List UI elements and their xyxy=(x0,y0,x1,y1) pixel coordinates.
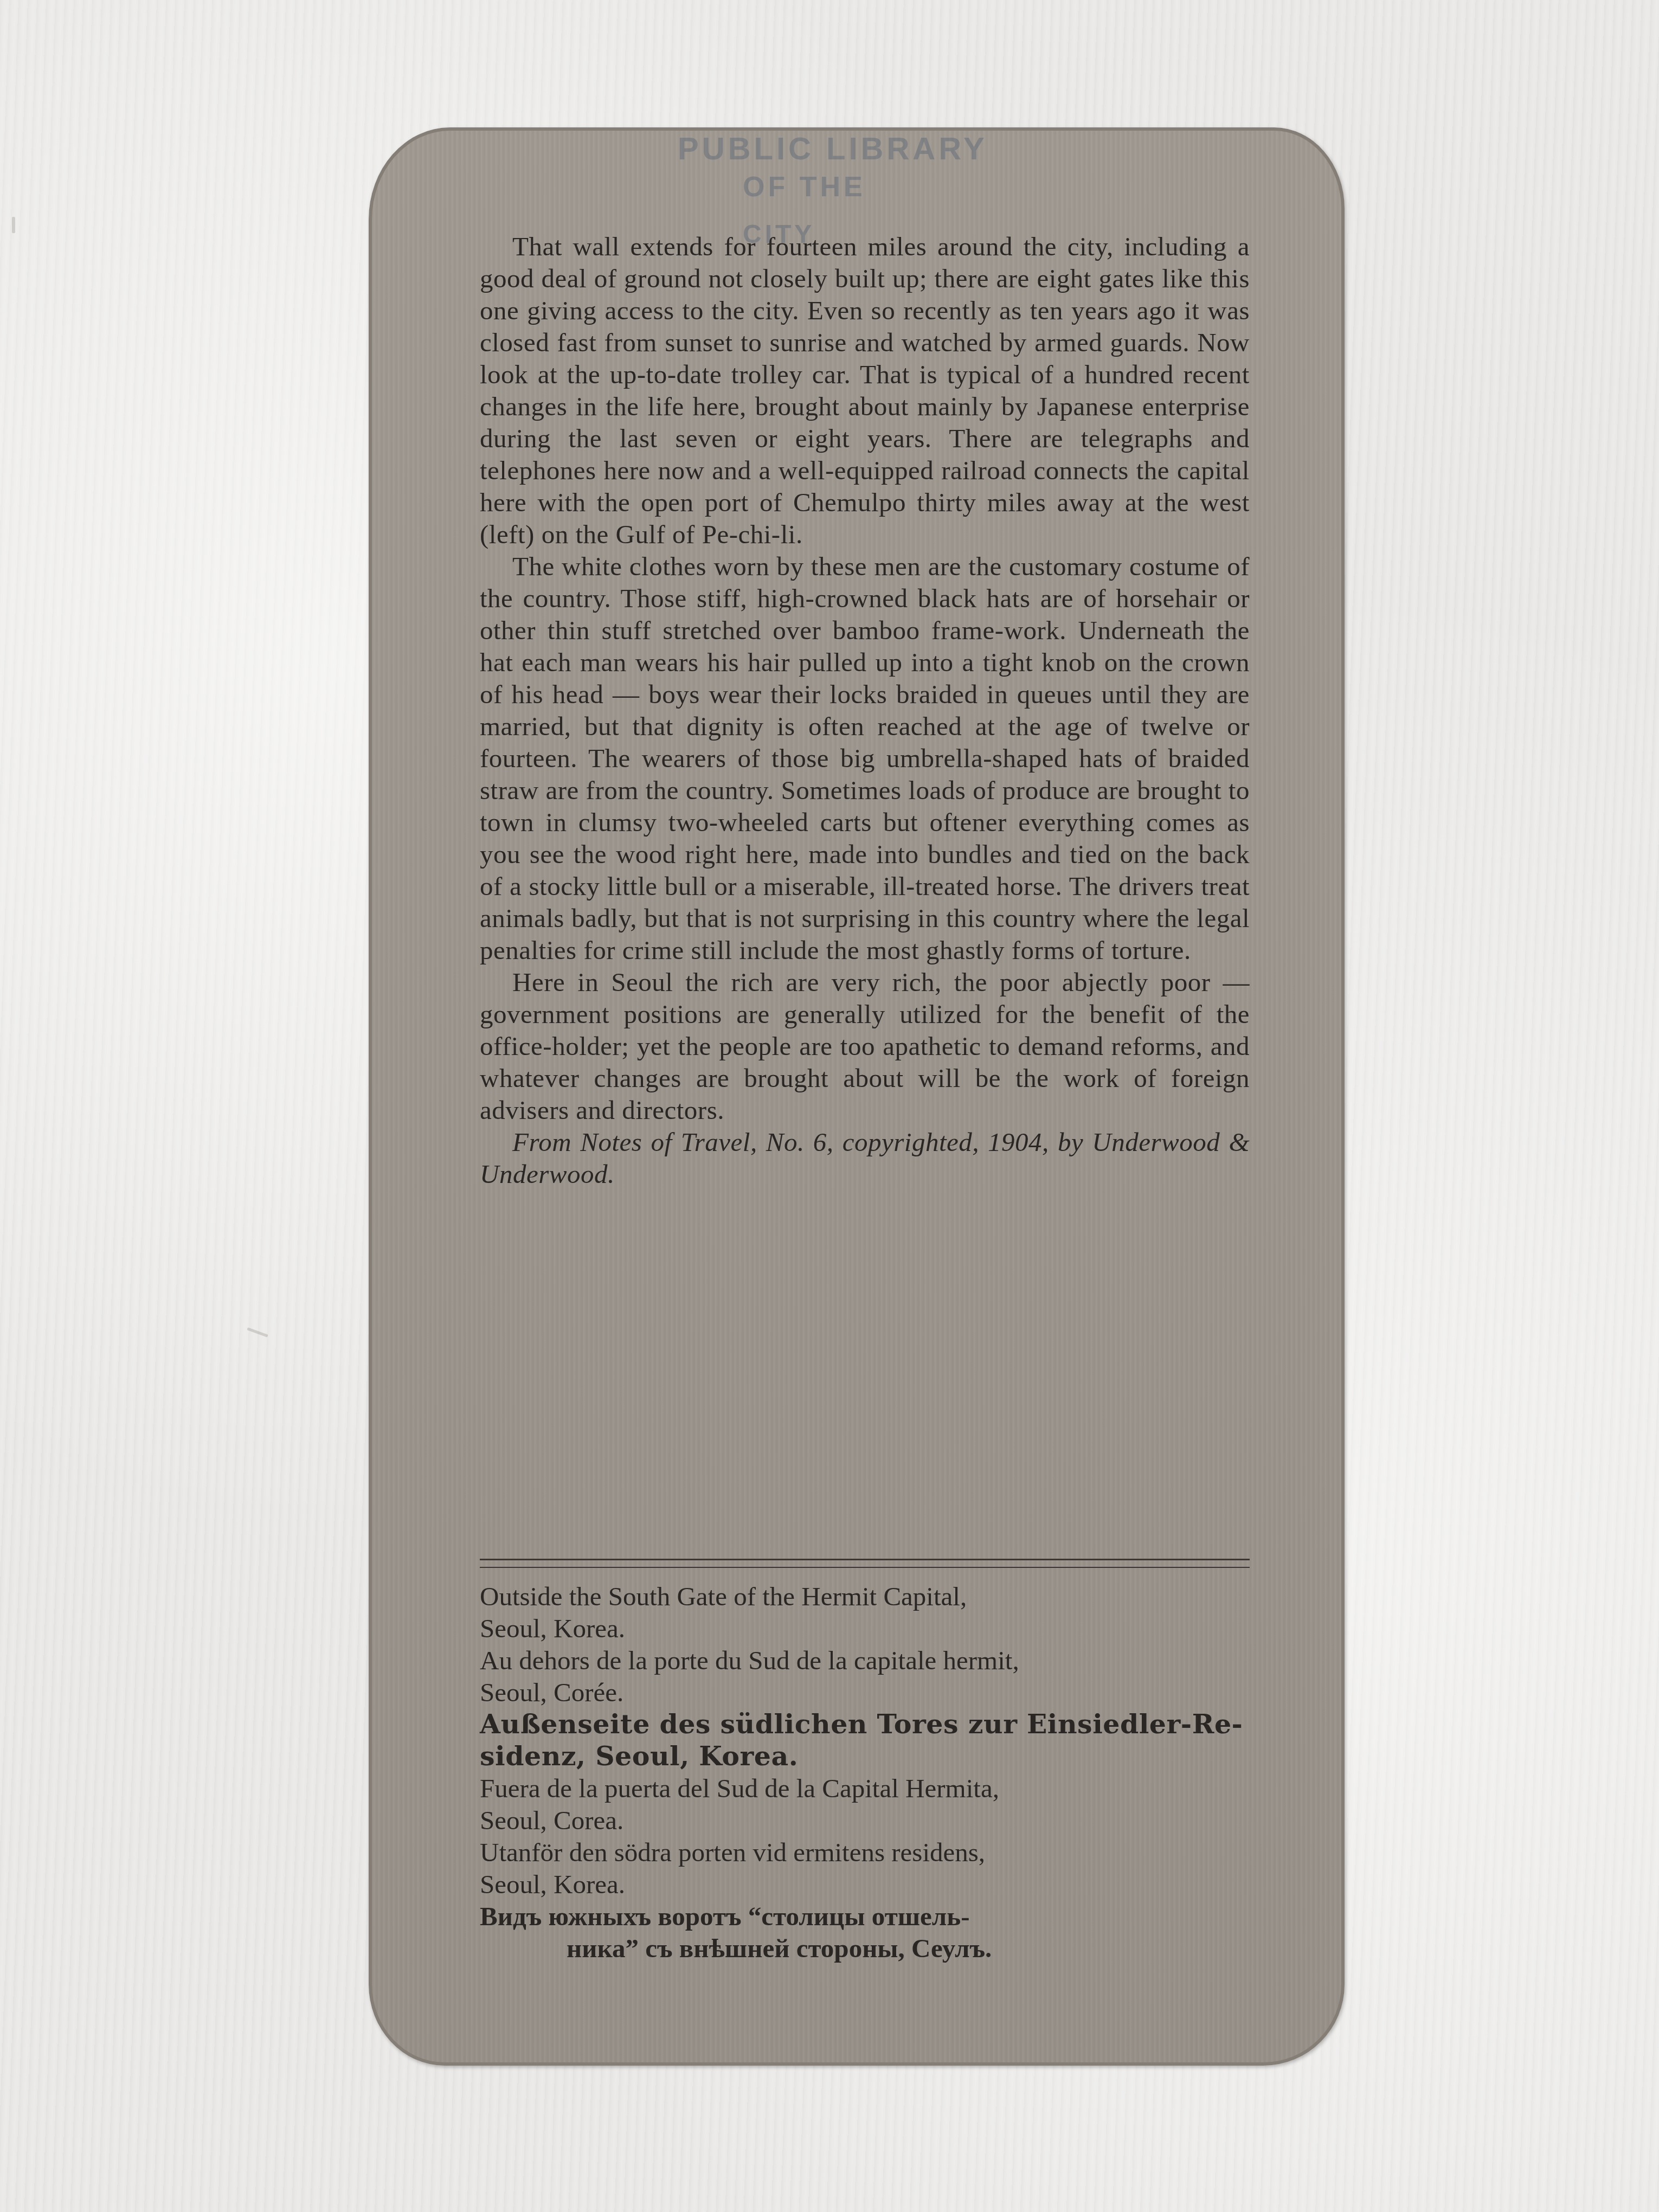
caption-spanish-line2: Seoul, Corea. xyxy=(545,1804,1250,1836)
caption-russian: Видъ южныхъ воротъ “столицы отшель- ника… xyxy=(480,1900,1250,1964)
caption-swedish: Utanför den södra porten vid ermitens re… xyxy=(480,1836,1250,1900)
caption-swedish-line2: Seoul, Korea. xyxy=(545,1868,1250,1900)
stamp-line-2: OF THE xyxy=(743,171,866,203)
caption-french: Au dehors de la porte du Sud de la capit… xyxy=(480,1644,1250,1708)
paragraph-2: The white clothes worn by these men are … xyxy=(480,550,1250,966)
caption-french-line1: Au dehors de la porte du Sud de la capit… xyxy=(480,1645,1019,1675)
caption-german-line1: Außenseite des südlichen Tores zur Einsi… xyxy=(480,1708,1243,1740)
multilingual-captions: Outside the South Gate of the Hermit Cap… xyxy=(480,1580,1250,1964)
caption-english: Outside the South Gate of the Hermit Cap… xyxy=(480,1580,1250,1644)
marble-vein xyxy=(12,217,15,233)
paragraph-3: Here in Seoul the rich are very rich, th… xyxy=(480,966,1250,1126)
stamp-line-1: PUBLIC LIBRARY xyxy=(678,131,988,167)
caption-swedish-line1: Utanför den södra porten vid ermitens re… xyxy=(480,1837,985,1867)
description-text: That wall extends for fourteen miles aro… xyxy=(480,230,1250,1190)
double-rule-divider xyxy=(480,1559,1250,1568)
caption-spanish-line1: Fuera de la puerta del Sud de la Capital… xyxy=(480,1773,999,1803)
caption-german-line2: sidenz, Seoul, Korea. xyxy=(545,1740,1250,1772)
caption-german: Außenseite des südlichen Tores zur Einsi… xyxy=(480,1708,1250,1772)
paragraph-1: That wall extends for fourteen miles aro… xyxy=(480,230,1250,550)
copyright-credit: From Notes of Travel, No. 6, copyrighted… xyxy=(480,1126,1250,1190)
caption-russian-line1: Видъ южныхъ воротъ “столицы отшель- xyxy=(480,1900,1250,1932)
marble-vein xyxy=(247,1327,268,1337)
caption-russian-line2: ника” съ внѣшней стороны, Сеулъ. xyxy=(480,1932,1250,1964)
stereocard-back: PUBLIC LIBRARY OF THE CITY That wall ext… xyxy=(369,127,1345,2066)
caption-spanish: Fuera de la puerta del Sud de la Capital… xyxy=(480,1772,1250,1836)
caption-english-line1: Outside the South Gate of the Hermit Cap… xyxy=(480,1581,967,1611)
caption-english-line2: Seoul, Korea. xyxy=(545,1612,1250,1644)
caption-french-line2: Seoul, Corée. xyxy=(545,1676,1250,1708)
